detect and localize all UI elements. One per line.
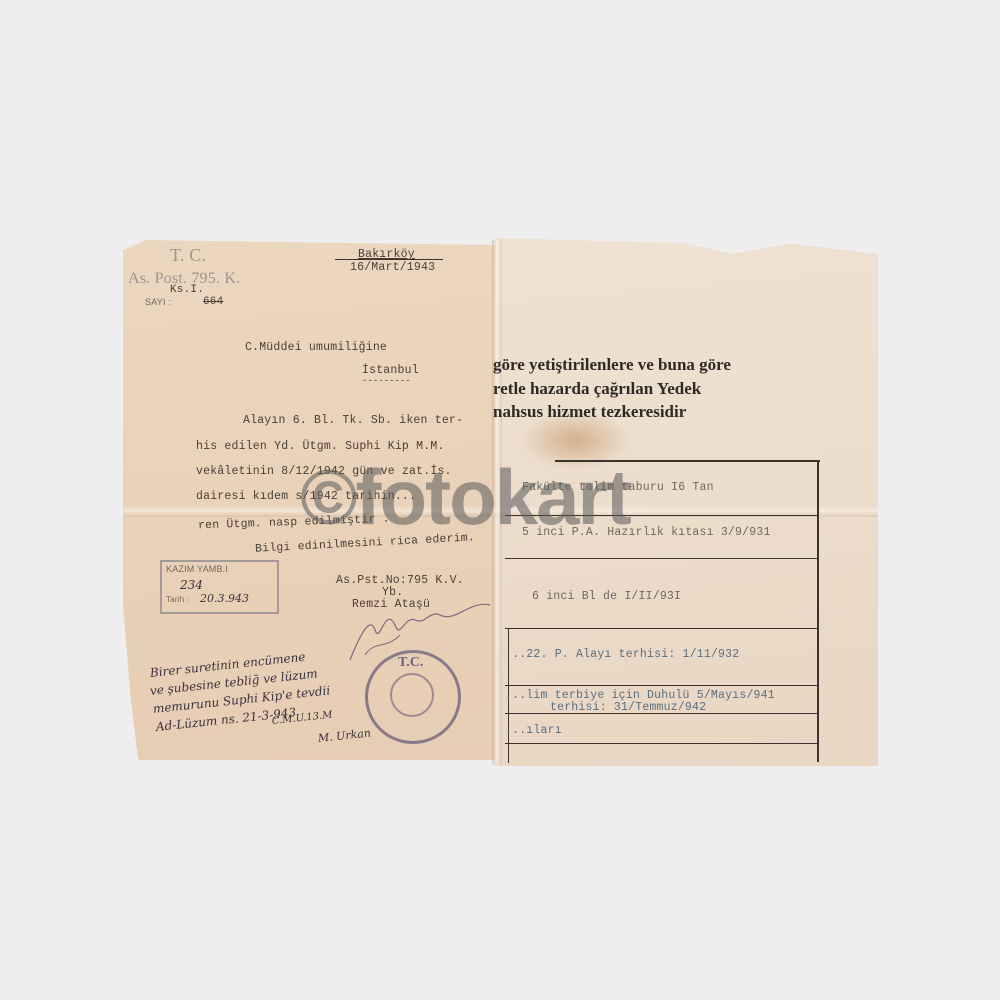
table-row: 6 inci Bl de I/II/93I	[532, 590, 681, 603]
table-rule	[505, 628, 817, 629]
header-sayi-label: SAYI :	[145, 297, 171, 307]
round-official-stamp: T.C.	[365, 650, 461, 744]
header-rule	[335, 259, 443, 260]
registry-stamp-title: KAZIM YAMB.I	[166, 564, 228, 574]
registry-stamp-date-label: Tarih :	[166, 595, 189, 604]
header-number: 664	[203, 296, 223, 308]
heading-line-1: göre yetiştirilenlere ve buna göre	[493, 355, 731, 375]
registry-stamp: KAZIM YAMB.I 234 Tarih : 20.3.943	[160, 560, 279, 614]
body-line-2: his edilen Yd. Ütgm. Suphi Kip M.M.	[196, 440, 445, 453]
round-stamp-label: T.C.	[398, 655, 423, 671]
table-row: ...22. P. Alayı terhisi: 1/11/932	[505, 648, 739, 661]
heading-line-3: nahsus hizmet tezkeresidir	[493, 402, 686, 422]
table-rule	[505, 558, 817, 559]
table-rule	[505, 685, 817, 686]
recipient-underline: ---------	[362, 376, 411, 386]
heading-line-2: retle hazarda çağrılan Yedek	[493, 379, 701, 399]
table-row: ...ıları	[505, 724, 562, 737]
body-line-1: Alayın 6. Bl. Tk. Sb. iken ter-	[243, 414, 463, 427]
crescent-emblem	[390, 673, 434, 717]
table-rule	[505, 743, 817, 744]
registry-stamp-date: 20.3.943	[200, 592, 249, 605]
table-right-rule	[817, 460, 819, 762]
registry-stamp-number: 234	[180, 578, 203, 592]
watermark: ©fotokart	[300, 458, 630, 536]
header-ks: Ks.I.	[170, 284, 204, 296]
recipient-line1: C.Müddei umumiliğine	[245, 341, 387, 354]
header-tc: T. C.	[170, 245, 206, 266]
header-date: 16/Mart/1943	[350, 261, 435, 274]
table-row: terhisi: 31/Temmuz/942	[550, 701, 706, 714]
